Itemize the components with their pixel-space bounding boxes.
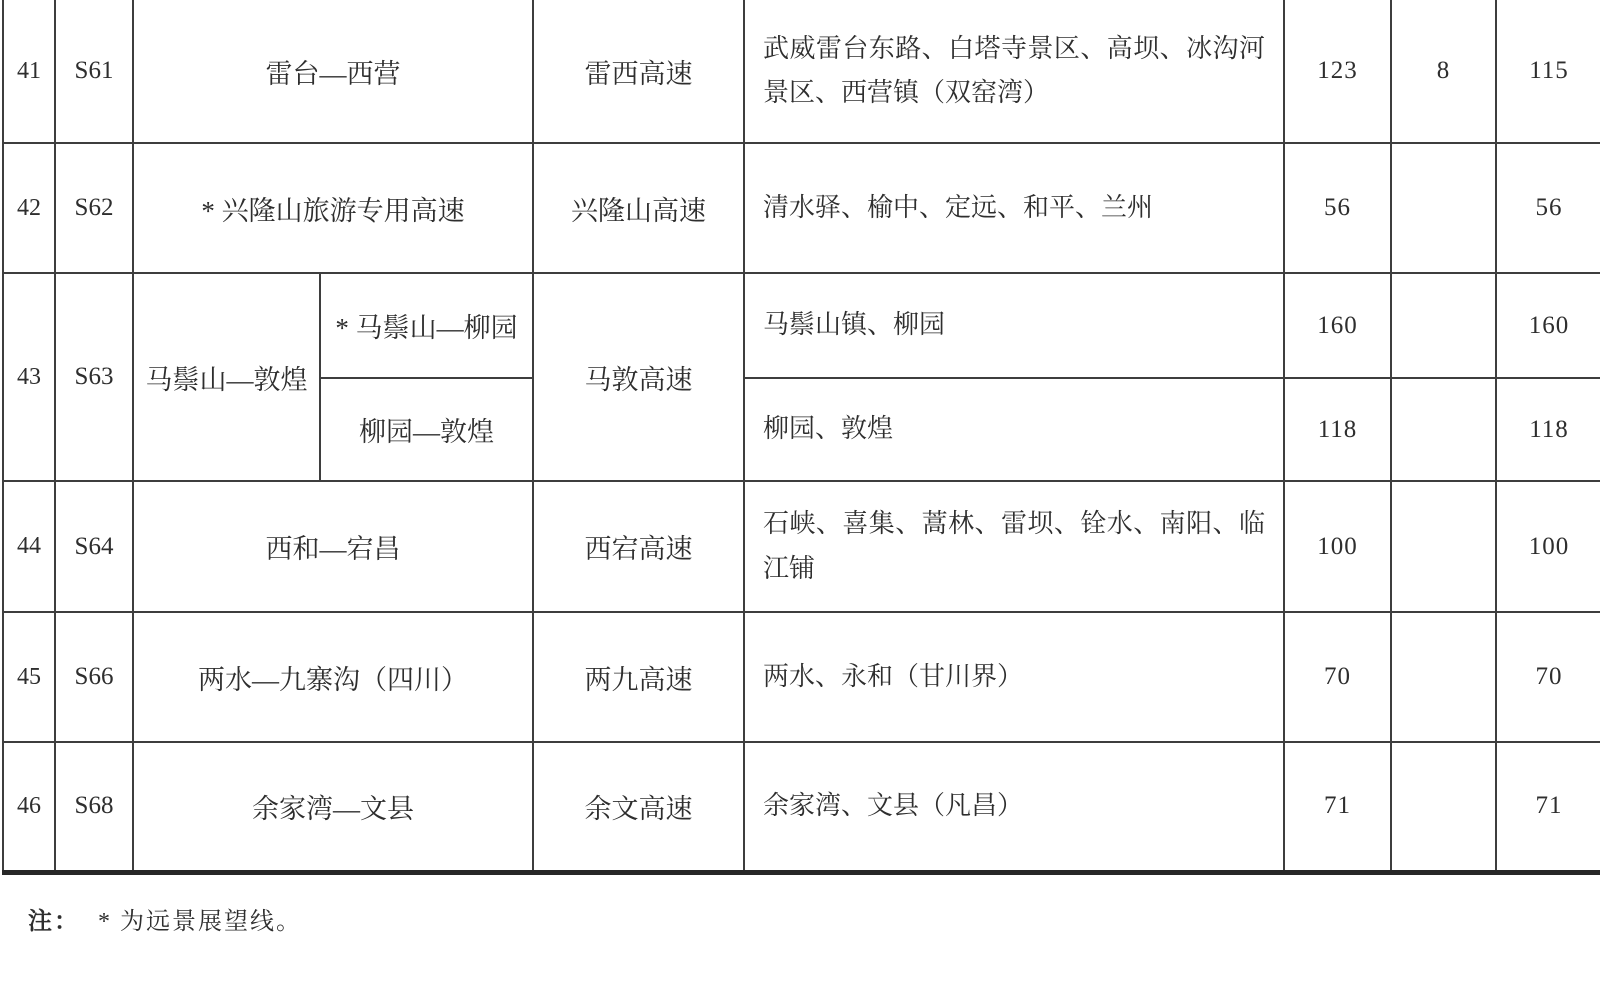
cell-route-code: S64 xyxy=(55,481,133,612)
cell-route-name: 余家湾—文县 xyxy=(133,742,533,872)
cell-subroute-name: 柳园—敦煌 xyxy=(320,378,533,481)
cell-value-3: 70 xyxy=(1496,612,1600,742)
cell-places: 两水、永和（甘川界） xyxy=(744,612,1284,742)
cell-places: 石峡、喜集、蒿林、雷坝、铨水、南阳、临江铺 xyxy=(744,481,1284,612)
cell-row-number: 42 xyxy=(3,143,55,273)
cell-value-1: 100 xyxy=(1284,481,1391,612)
cell-route-code: S68 xyxy=(55,742,133,872)
cell-places: 柳园、敦煌 xyxy=(744,378,1284,481)
cell-subroute-name: * 马鬃山—柳园 xyxy=(320,273,533,378)
cell-value-1: 123 xyxy=(1284,0,1391,143)
cell-row-number: 41 xyxy=(3,0,55,143)
cell-value-2 xyxy=(1391,481,1496,612)
cell-row-number: 44 xyxy=(3,481,55,612)
cell-value-1: 56 xyxy=(1284,143,1391,273)
cell-row-number: 45 xyxy=(3,612,55,742)
table-row: 44 S64 西和—宕昌 西宕高速 石峡、喜集、蒿林、雷坝、铨水、南阳、临江铺 … xyxy=(3,481,1600,612)
cell-route-code: S63 xyxy=(55,273,133,481)
cell-highway-shortname: 兴隆山高速 xyxy=(533,143,744,273)
cell-highway-shortname: 余文高速 xyxy=(533,742,744,872)
table-row: 42 S62 * 兴隆山旅游专用高速 兴隆山高速 清水驿、榆中、定远、和平、兰州… xyxy=(3,143,1600,273)
cell-value-3: 160 xyxy=(1496,273,1600,378)
cell-places: 武威雷台东路、白塔寺景区、高坝、冰沟河景区、西营镇（双窑湾） xyxy=(744,0,1284,143)
cell-value-1: 70 xyxy=(1284,612,1391,742)
cell-value-2 xyxy=(1391,143,1496,273)
cell-route-name: * 兴隆山旅游专用高速 xyxy=(133,143,533,273)
cell-value-2 xyxy=(1391,612,1496,742)
cell-value-2 xyxy=(1391,742,1496,872)
cell-places: 马鬃山镇、柳园 xyxy=(744,273,1284,378)
table-row: 45 S66 两水—九寨沟（四川） 两九高速 两水、永和（甘川界） 70 70 xyxy=(3,612,1600,742)
cell-value-3: 118 xyxy=(1496,378,1600,481)
cell-value-2: 8 xyxy=(1391,0,1496,143)
cell-value-3: 56 xyxy=(1496,143,1600,273)
cell-places: 清水驿、榆中、定远、和平、兰州 xyxy=(744,143,1284,273)
cell-value-2 xyxy=(1391,273,1496,378)
cell-value-3: 71 xyxy=(1496,742,1600,872)
cell-value-2 xyxy=(1391,378,1496,481)
cell-value-3: 100 xyxy=(1496,481,1600,612)
provincial-highway-table: 41 S61 雷台—西营 雷西高速 武威雷台东路、白塔寺景区、高坝、冰沟河景区、… xyxy=(2,0,1600,875)
cell-route-name: 马鬃山—敦煌 xyxy=(133,273,320,481)
document-page: 41 S61 雷台—西营 雷西高速 武威雷台东路、白塔寺景区、高坝、冰沟河景区、… xyxy=(0,0,1600,981)
cell-value-1: 118 xyxy=(1284,378,1391,481)
cell-route-name: 西和—宕昌 xyxy=(133,481,533,612)
cell-highway-shortname: 西宕高速 xyxy=(533,481,744,612)
cell-route-code: S62 xyxy=(55,143,133,273)
cell-places: 余家湾、文县（凡昌） xyxy=(744,742,1284,872)
cell-row-number: 46 xyxy=(3,742,55,872)
footnote-label: 注： xyxy=(28,909,80,935)
cell-route-code: S61 xyxy=(55,0,133,143)
cell-highway-shortname: 两九高速 xyxy=(533,612,744,742)
table-row: 43 S63 马鬃山—敦煌 * 马鬃山—柳园 马敦高速 马鬃山镇、柳园 160 … xyxy=(3,273,1600,378)
cell-value-3: 115 xyxy=(1496,0,1600,143)
table-row: 41 S61 雷台—西营 雷西高速 武威雷台东路、白塔寺景区、高坝、冰沟河景区、… xyxy=(3,0,1600,143)
footnote: 注：* 为远景展望线。 xyxy=(28,901,302,936)
table-row: 46 S68 余家湾—文县 余文高速 余家湾、文县（凡昌） 71 71 xyxy=(3,742,1600,872)
cell-route-code: S66 xyxy=(55,612,133,742)
cell-value-1: 71 xyxy=(1284,742,1391,872)
cell-value-1: 160 xyxy=(1284,273,1391,378)
cell-row-number: 43 xyxy=(3,273,55,481)
cell-route-name: 雷台—西营 xyxy=(133,0,533,143)
cell-highway-shortname: 雷西高速 xyxy=(533,0,744,143)
cell-highway-shortname: 马敦高速 xyxy=(533,273,744,481)
footnote-text: * 为远景展望线。 xyxy=(98,909,302,935)
cell-route-name: 两水—九寨沟（四川） xyxy=(133,612,533,742)
